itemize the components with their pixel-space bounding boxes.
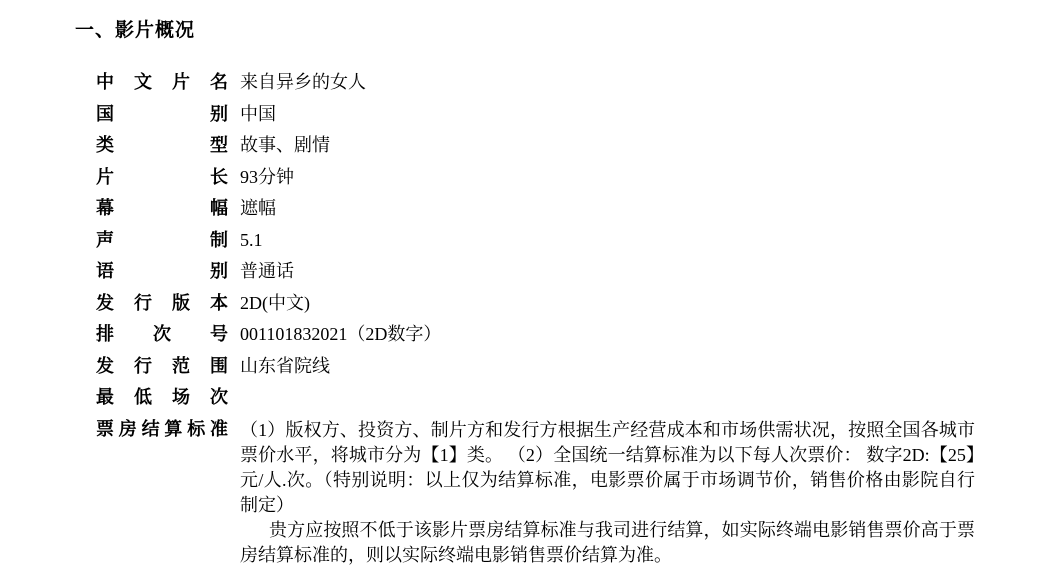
field-label: 票房结算标准 (96, 414, 228, 446)
field-value: 93分钟 (240, 162, 294, 194)
field-row-distribution-scope: 发行范围山东省院线 (96, 351, 996, 383)
field-label: 最低场次 (96, 382, 228, 414)
field-row-language: 语别普通话 (96, 256, 996, 288)
field-row-minimum-screenings: 最低场次 (96, 382, 996, 414)
field-label: 声制 (96, 225, 228, 257)
field-label: 类型 (96, 130, 228, 162)
field-row-aspect-ratio: 幕幅遮幅 (96, 193, 996, 225)
field-label: 幕幅 (96, 193, 228, 225)
field-row-country: 国别中国 (96, 99, 996, 131)
field-value: 山东省院线 (240, 351, 330, 383)
field-value-paragraphs: （1）版权方、投资方、制片方和发行方根据生产经营成本和市场供需状况，按照全国各城… (240, 414, 975, 568)
field-row-runtime: 片长93分钟 (96, 162, 996, 194)
settlement-paragraph: 贵方应按照不低于该影片票房结算标准与我司进行结算，如实际终端电影销售票价高于票房… (240, 518, 975, 568)
field-label: 排次号 (96, 319, 228, 351)
field-value: 普通话 (240, 256, 294, 288)
field-label: 发行范围 (96, 351, 228, 383)
field-row-genre: 类型故事、剧情 (96, 130, 996, 162)
field-value: 中国 (240, 99, 276, 131)
field-value: 001101832021（2D数字） (240, 319, 441, 351)
field-value: 故事、剧情 (240, 130, 330, 162)
section-heading: 一、影片概况 (75, 15, 195, 42)
field-row-serial-number: 排次号001101832021（2D数字） (96, 319, 996, 351)
field-row-chinese-title: 中文片名来自异乡的女人 (96, 67, 996, 99)
field-label: 国别 (96, 99, 228, 131)
field-value: 来自异乡的女人 (240, 67, 366, 99)
field-value: 遮幅 (240, 193, 276, 225)
field-row-release-version: 发行版本2D(中文) (96, 288, 996, 320)
field-label: 发行版本 (96, 288, 228, 320)
settlement-paragraph: （1）版权方、投资方、制片方和发行方根据生产经营成本和市场供需状况，按照全国各城… (240, 418, 975, 518)
field-label: 片长 (96, 162, 228, 194)
field-row-sound-format: 声制5.1 (96, 225, 996, 257)
field-label: 语别 (96, 256, 228, 288)
field-value: 2D(中文) (240, 288, 310, 320)
field-value: 5.1 (240, 225, 263, 257)
document-page: 一、影片概况 中文片名来自异乡的女人国别中国类型故事、剧情片长93分钟幕幅遮幅声… (0, 0, 1056, 571)
field-row-box-office-settlement: 票房结算标准（1）版权方、投资方、制片方和发行方根据生产经营成本和市场供需状况，… (96, 414, 996, 568)
fields-list: 中文片名来自异乡的女人国别中国类型故事、剧情片长93分钟幕幅遮幅声制5.1语别普… (96, 67, 996, 568)
field-label: 中文片名 (96, 67, 228, 99)
